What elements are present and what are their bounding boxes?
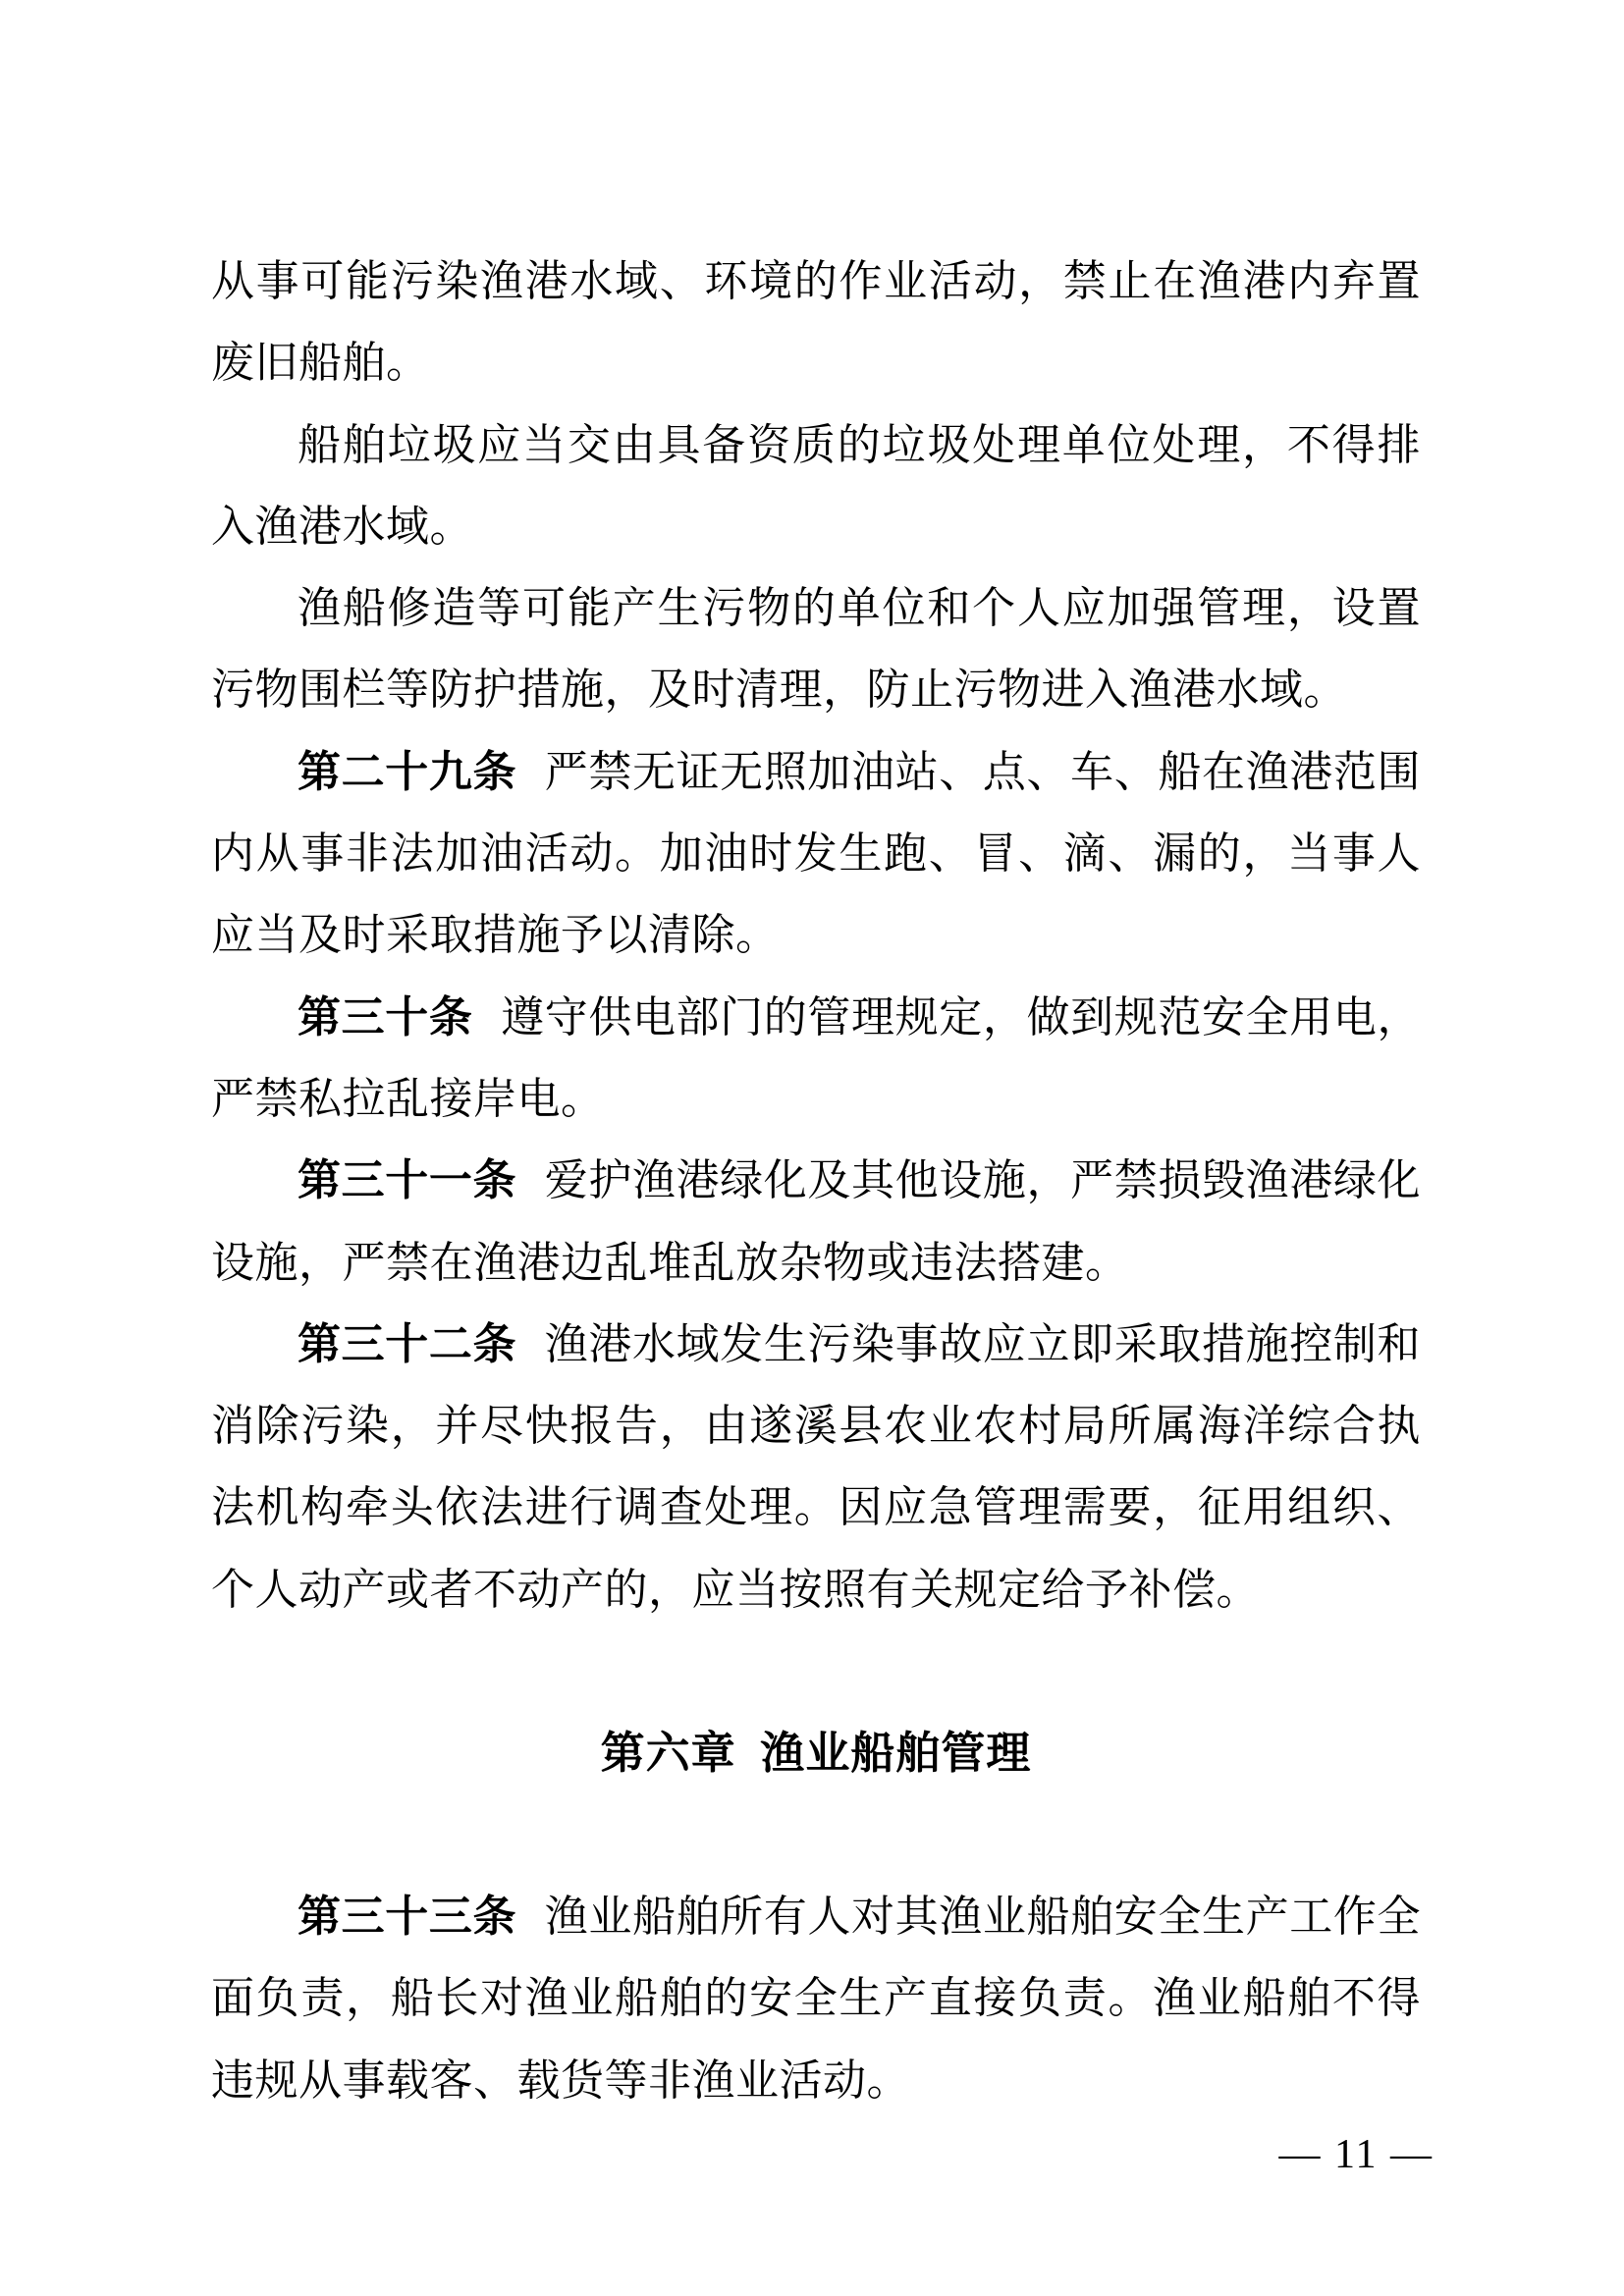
chapter-title: 渔业船舶管理 [760,1728,1031,1778]
article-number: 第三十三条 [298,1893,516,1941]
article-number: 第二十九条 [298,748,516,796]
paragraph: 第二十九条严禁无证无照加油站、点、车、船在渔港范围内从事非法加油活动。加油时发生… [211,731,1421,977]
paragraph-text: 渔船修造等可能产生污物的单位和个人应加强管理，设置污物围栏等防护措施，及时清理，… [211,584,1421,714]
article-number: 第三十一条 [298,1156,516,1204]
chapter-heading: 第六章渔业船舶管理 [211,1712,1421,1793]
chapter-number: 第六章 [601,1728,736,1778]
paragraph: 第三十三条渔业船舶所有人对其渔业船舶安全生产工作全面负责，船长对渔业船舶的安全生… [211,1876,1421,2121]
document-page: 从事可能污染渔港水域、环境的作业活动，禁止在渔港内弃置废旧船舶。 船舶垃圾应当交… [0,0,1624,2296]
article-number: 第三十二条 [298,1320,516,1368]
paragraph: 第三十二条渔港水域发生污染事故应立即采取措施控制和消除污染，并尽快报告，由遂溪县… [211,1304,1421,1630]
page-number: — 11 — [1279,2130,1434,2179]
article-number: 第三十条 [298,993,472,1041]
paragraph: 第三十一条爱护渔港绿化及其他设施，严禁损毁渔港绿化设施，严禁在渔港边乱堆乱放杂物… [211,1140,1421,1304]
paragraph: 渔船修造等可能产生污物的单位和个人应加强管理，设置污物围栏等防护措施，及时清理，… [211,567,1421,731]
paragraph: 船舶垃圾应当交由具备资质的垃圾处理单位处理，不得排入渔港水域。 [211,404,1421,568]
paragraph-text: 从事可能污染渔港水域、环境的作业活动，禁止在渔港内弃置废旧船舶。 [211,257,1421,387]
paragraph: 第三十条遵守供电部门的管理规定，做到规范安全用电，严禁私拉乱接岸电。 [211,977,1421,1141]
document-body: 从事可能污染渔港水域、环境的作业活动，禁止在渔港内弃置废旧船舶。 船舶垃圾应当交… [211,240,1421,2121]
paragraph-text: 船舶垃圾应当交由具备资质的垃圾处理单位处理，不得排入渔港水域。 [211,421,1421,551]
paragraph: 从事可能污染渔港水域、环境的作业活动，禁止在渔港内弃置废旧船舶。 [211,240,1421,404]
